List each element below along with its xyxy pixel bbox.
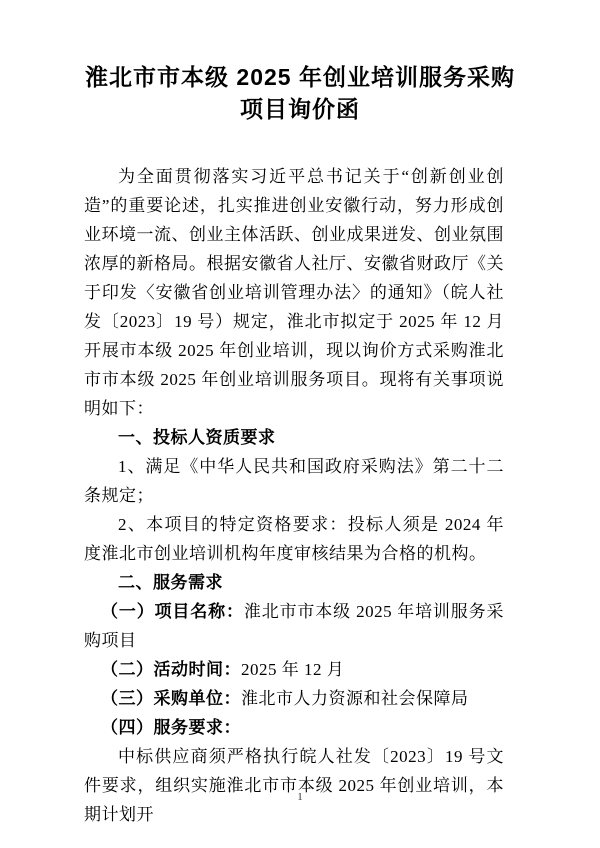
service-item-purchasing-unit: （三）采购单位：淮北市人力资源和社会保障局 xyxy=(84,684,504,713)
title-line-2: 项目询价函 xyxy=(0,93,600,125)
document-body: 为全面贯彻落实习近平总书记关于“创新创业创造”的重要论述，扎实推进创业安徽行动，… xyxy=(84,162,504,829)
qualification-item-2: 2、本项目的特定资格要求：投标人须是 2024 年度淮北市创业培训机构年度审核结… xyxy=(84,510,504,568)
qualification-item-1: 1、满足《中华人民共和国政府采购法》第二十二条规定； xyxy=(84,452,504,510)
document-page: 淮北市市本级 2025 年创业培训服务采购 项目询价函 为全面贯彻落实习近平总书… xyxy=(0,0,600,848)
item-3-label: （三）采购单位： xyxy=(101,689,241,708)
item-1-label: （一）项目名称： xyxy=(101,602,244,621)
page-number: 1 xyxy=(0,791,600,803)
service-item-activity-time: （二）活动时间：2025 年 12 月 xyxy=(84,655,504,684)
service-item-service-requirements: （四）服务要求： xyxy=(84,713,504,742)
item-2-label: （二）活动时间： xyxy=(101,660,241,679)
intro-paragraph: 为全面贯彻落实习近平总书记关于“创新创业创造”的重要论述，扎实推进创业安徽行动，… xyxy=(84,162,504,423)
section-2-heading: 二、服务需求 xyxy=(84,568,504,597)
item-2-value: 2025 年 12 月 xyxy=(241,660,344,679)
service-requirement-paragraph: 中标供应商须严格执行皖人社发〔2023〕19 号文件要求，组织实施淮北市市本级 … xyxy=(84,742,504,829)
item-3-value: 淮北市人力资源和社会保障局 xyxy=(241,689,469,708)
service-item-project-name: （一）项目名称：淮北市市本级 2025 年培训服务采购项目 xyxy=(84,597,504,655)
document-title: 淮北市市本级 2025 年创业培训服务采购 项目询价函 xyxy=(0,0,600,125)
section-1-heading: 一、投标人资质要求 xyxy=(84,423,504,452)
item-4-label: （四）服务要求： xyxy=(101,718,241,737)
title-line-1: 淮北市市本级 2025 年创业培训服务采购 xyxy=(0,61,600,93)
